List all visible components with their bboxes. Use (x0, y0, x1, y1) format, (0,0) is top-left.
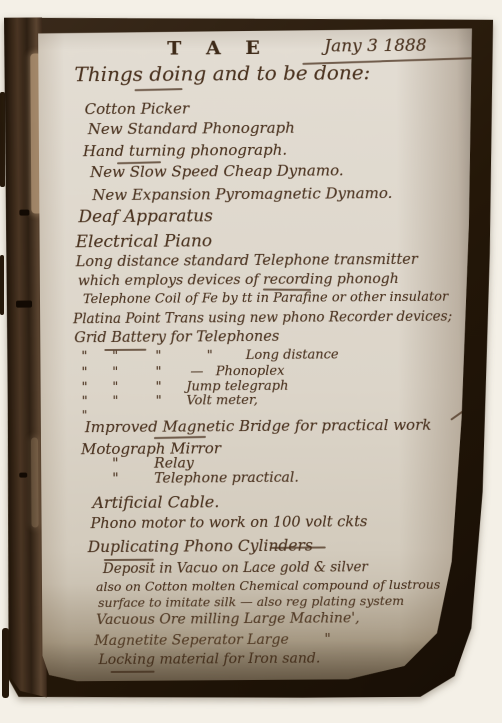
list-line: " Telephone practical. (112, 471, 299, 488)
list-line: Deaf Apparatus (78, 207, 213, 227)
list-line: also on Cotton molten Chemical compound … (96, 578, 440, 594)
list-line: Vacuous Ore milling Large Machine', (96, 611, 359, 628)
ink-dash (270, 546, 326, 548)
list-line: Deposit in Vacuo on Lace gold & silver (103, 560, 368, 577)
binding-highlight (31, 437, 39, 527)
list-line: Hand turning phonograph. (83, 142, 287, 160)
binding-stitch (19, 210, 29, 216)
list-line: Improved Magnetic Bridge for practical w… (85, 417, 432, 436)
list-line: New Standard Phonograph (88, 120, 295, 138)
binding-stitch (19, 473, 27, 478)
list-line: surface to imitate silk — also reg plati… (98, 594, 404, 610)
list-line: " " " " Long distance (81, 348, 338, 364)
ink-underline (111, 671, 155, 673)
list-line: Grid Battery for Telephones (74, 330, 279, 347)
list-line: which employs devices of recording phono… (78, 272, 399, 290)
list-line: Locking material for Iron sand. (98, 652, 320, 669)
binding-stitch (16, 301, 32, 308)
page-title: Things doing and to be done: (74, 61, 370, 85)
list-line: Artificial Cable. (92, 493, 219, 511)
page-date: Jany 3 1888 (324, 37, 427, 56)
photo-background: T A E Jany 3 1888 Things doing and to be… (0, 0, 502, 723)
list-line: Phono motor to work on 100 volt ckts (91, 515, 368, 533)
notebook-page: T A E Jany 3 1888 Things doing and to be… (38, 28, 479, 681)
list-line: " " " Volt meter, (82, 394, 258, 410)
list-line: Electrical Piano (76, 232, 213, 252)
list-line: Telephone Coil of Fe by tt in Parafine o… (83, 291, 448, 308)
notebook: T A E Jany 3 1888 Things doing and to be… (2, 12, 502, 703)
list-line: Platina Point Trans using new phono Reco… (73, 310, 452, 327)
list-line: New Slow Speed Cheap Dynamo. (90, 162, 344, 180)
list-line: New Expansion Pyromagnetic Dynamo. (92, 185, 392, 204)
ink-underline (135, 88, 183, 91)
list-line: Magnetite Seperator Large " (94, 632, 331, 649)
list-line: Long distance standard Telephone transmi… (76, 253, 418, 271)
list-line: Cotton Picker (85, 100, 190, 117)
page-initials: T A E (167, 38, 269, 60)
